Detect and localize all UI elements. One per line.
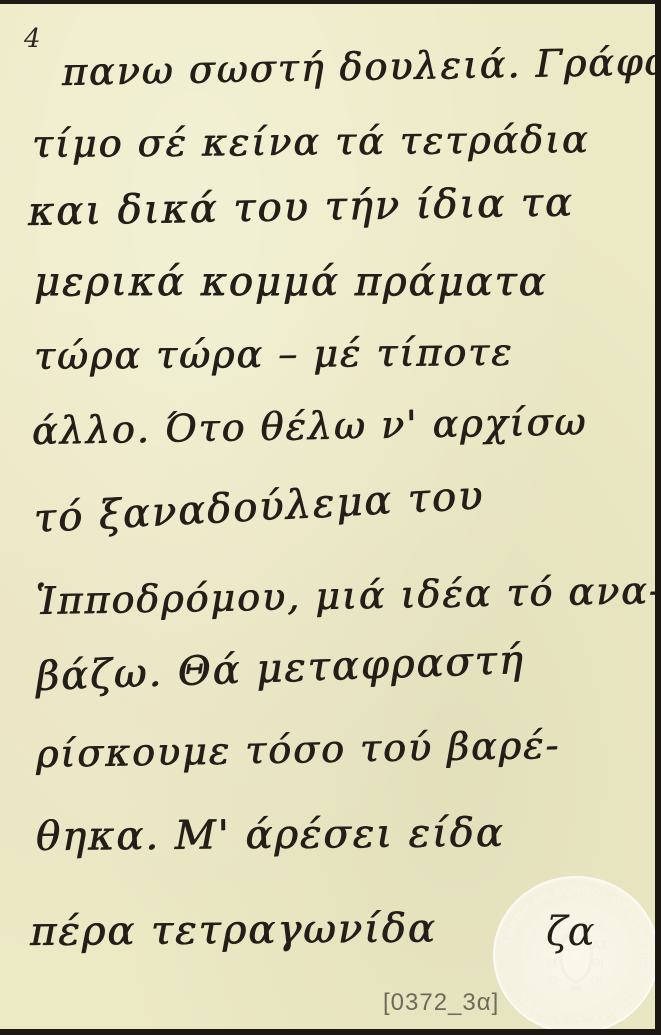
svg-text:Μ: Μ (547, 956, 557, 970)
archive-reference-number: [0372_3α] (383, 989, 499, 1017)
scan-border-right (655, 0, 661, 1035)
svg-text:MDCCCLXXXI: MDCCCLXXXI (536, 1011, 615, 1025)
handwritten-line: τώρα τώρα – μέ τίποτε (34, 330, 514, 378)
manuscript-page: 4 πανω σωστή δουλειά. Γράφωτίμο σέ κείνα… (0, 4, 655, 1029)
svg-text:ΙΑ: ΙΑ (593, 920, 605, 934)
handwritten-line: Ἱπποδρόμου, μιά ιδέα τό ανα- (36, 568, 655, 623)
svg-text:Ο: Ο (548, 974, 557, 988)
handwritten-line: άλλο. Ότο θέλω ν' αρχίσω (32, 399, 588, 453)
handwritten-line: και δικά του τήν ίδια τα (28, 179, 575, 235)
handwritten-line: πανω σωστή δουλειά. Γράφω (62, 39, 655, 94)
handwritten-line: τίμο σέ κείνα τά τετράδια (32, 117, 590, 166)
handwritten-line: τό ξαναδούλεμα του (33, 472, 486, 542)
handwritten-line: βάζω. Θά μεταφραστή (35, 637, 525, 700)
handwritten-line: πέρα τετραγωνίδα (30, 905, 437, 955)
scan-border-bottom (0, 1029, 661, 1035)
svg-text:ΟΙ: ΟΙ (590, 974, 603, 988)
page-number: 4 (24, 24, 41, 54)
handwritten-line: θηκα. Μ' άρέσει είδα (36, 810, 505, 860)
trailing-handwritten-mark: ζα (546, 909, 595, 955)
handwritten-line: ρίσκουμε τόσο τού βαρέ- (36, 723, 561, 776)
svg-text:ΘΙ: ΘΙ (591, 956, 604, 970)
handwritten-line: μερικά κομμά πράματα (34, 259, 548, 305)
